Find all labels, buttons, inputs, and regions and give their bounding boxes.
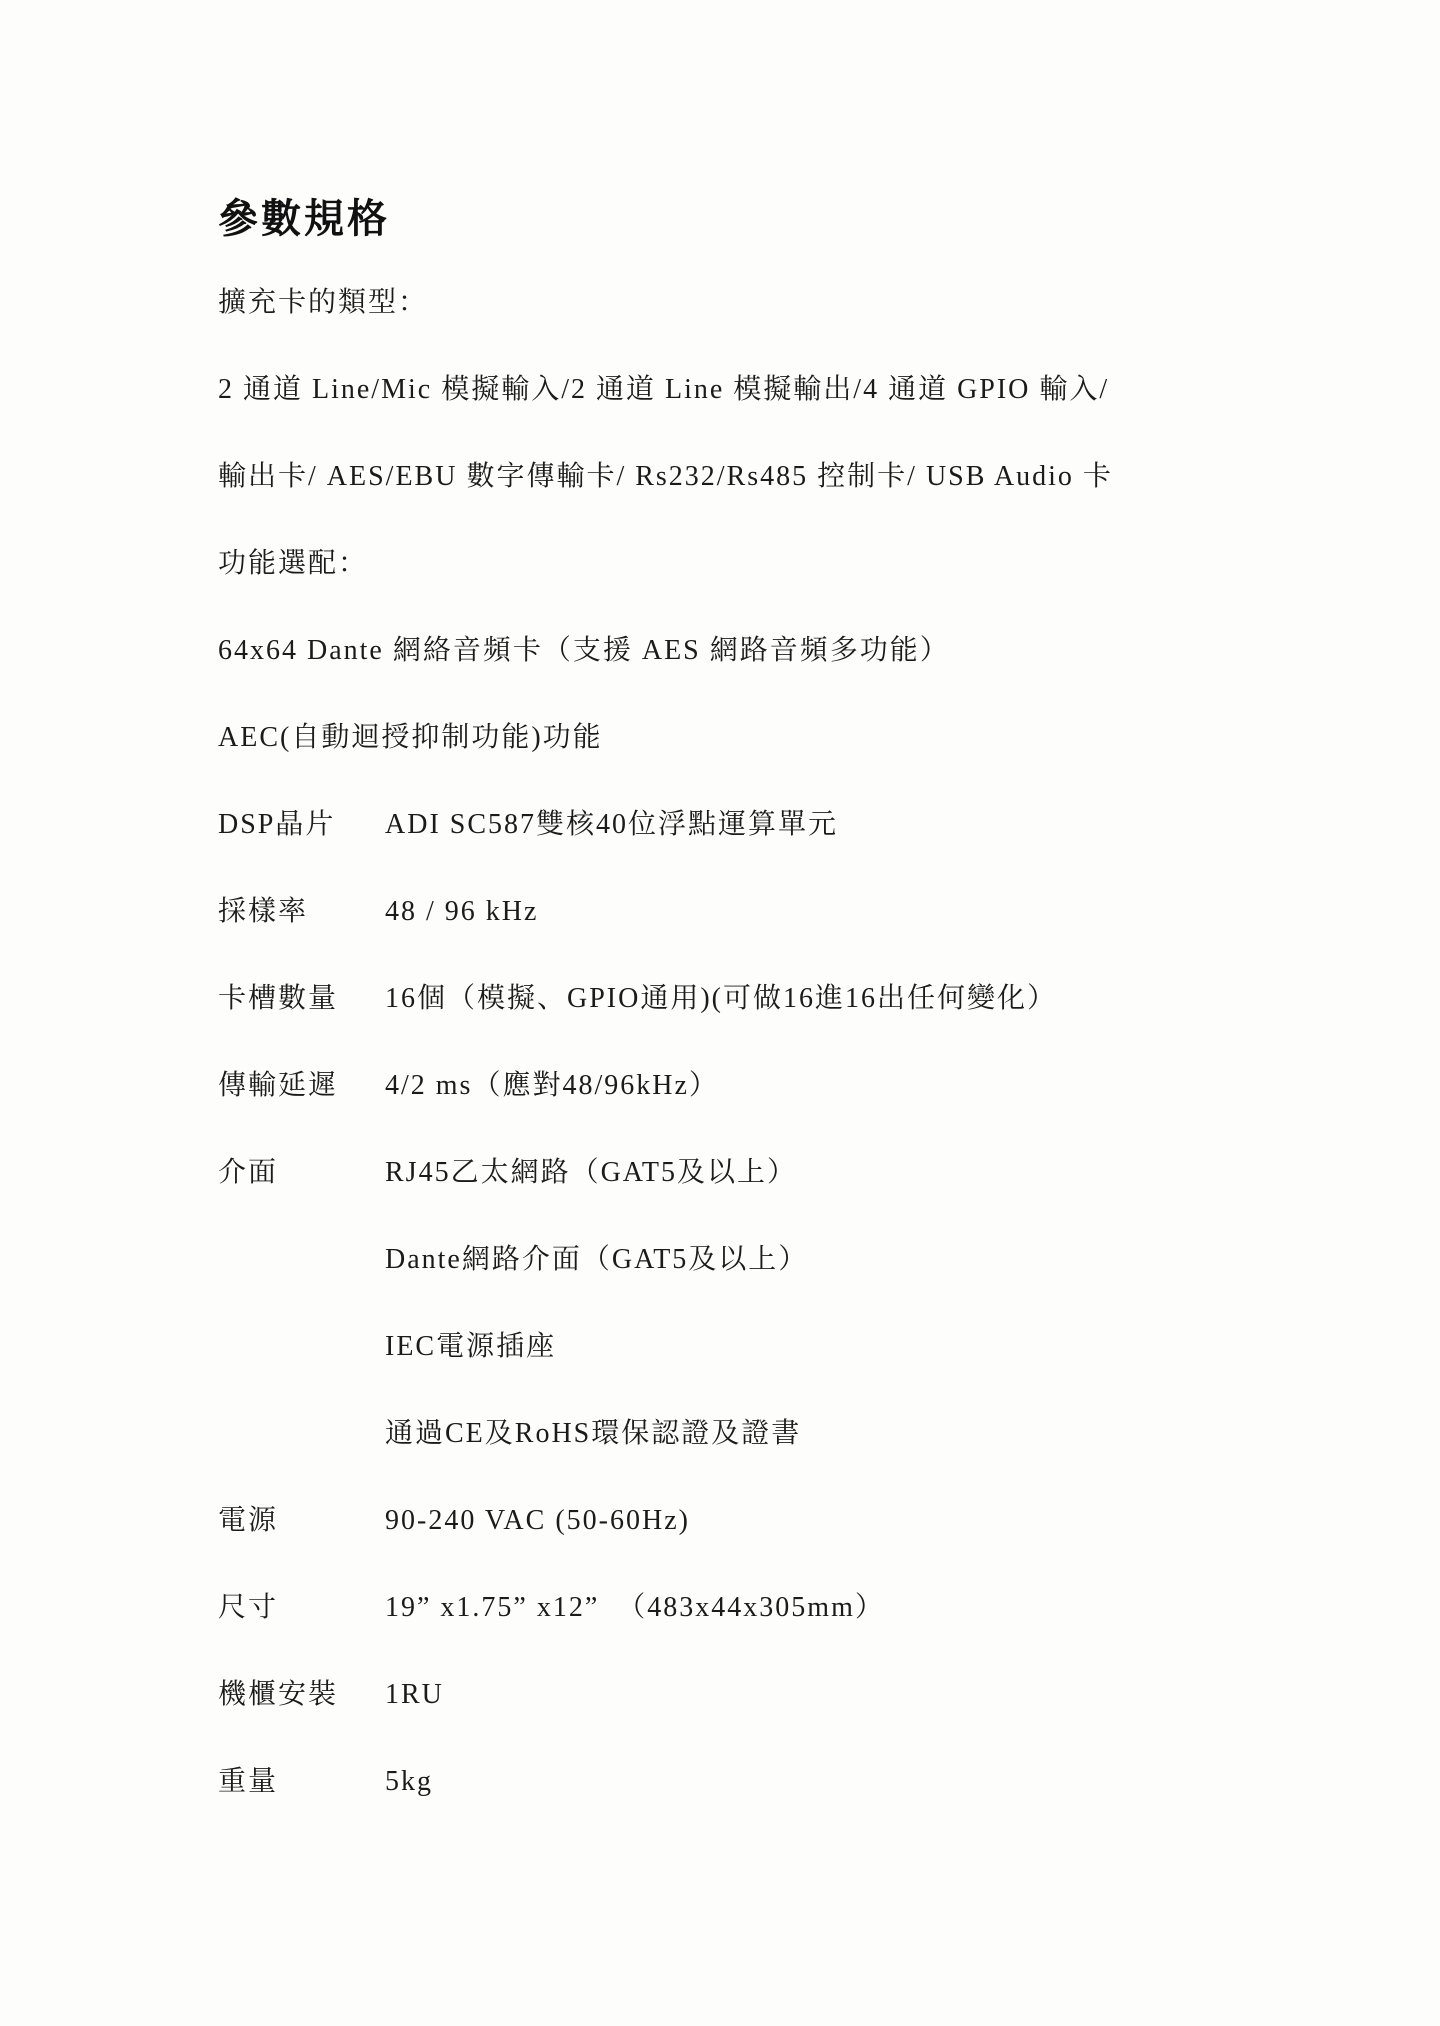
paragraph-line: 輸出卡/ AES/EBU 數字傳輸卡/ Rs232/Rs485 控制卡/ USB… (218, 433, 1380, 520)
paragraph-line: 64x64 Dante 網絡音頻卡（支援 AES 網路音頻多功能） (218, 607, 1380, 694)
spec-row: 傳輸延遲 4/2 ms（應對48/96kHz） (218, 1042, 1380, 1129)
paragraph-text: 功能選配： (218, 550, 368, 578)
spec-value: Dante網路介面（GAT5及以上） (385, 1246, 808, 1274)
spec-label: 卡槽數量 (218, 985, 385, 1013)
spec-value: ADI SC587雙核40位浮點運算單元 (385, 811, 838, 839)
page-title: 參數規格 (218, 187, 390, 244)
spec-value: 90-240 VAC (50-60Hz) (385, 1507, 690, 1535)
spec-continuation-row: 通過CE及RoHS環保認證及證書 (218, 1390, 1380, 1477)
title-row: 參數規格 (218, 172, 1380, 259)
paragraph-text: AEC(自動迴授抑制功能)功能 (218, 724, 603, 752)
paragraph-text: 輸出卡/ AES/EBU 數字傳輸卡/ Rs232/Rs485 控制卡/ USB… (218, 463, 1113, 491)
spec-row: 機櫃安裝 1RU (218, 1651, 1380, 1738)
spec-value: 5kg (385, 1768, 433, 1796)
spec-value: 16個（模擬、GPIO通用)(可做16進16出任何變化） (385, 985, 1057, 1013)
spec-value: 通過CE及RoHS環保認證及證書 (385, 1420, 801, 1448)
spec-value: IEC電源插座 (385, 1333, 556, 1361)
spec-label: 電源 (218, 1507, 385, 1535)
spec-label: 傳輸延遲 (218, 1072, 385, 1100)
spec-label: 介面 (218, 1159, 385, 1187)
spec-value: RJ45乙太網路（GAT5及以上） (385, 1159, 797, 1187)
spec-label: 採樣率 (218, 898, 385, 926)
spec-value: 4/2 ms（應對48/96kHz） (385, 1072, 719, 1100)
spec-row: DSP晶片 ADI SC587雙核40位浮點運算單元 (218, 781, 1380, 868)
document-page: 參數規格 擴充卡的類型： 2 通道 Line/Mic 模擬輸入/2 通道 Lin… (0, 0, 1440, 2026)
paragraph-line: 功能選配： (218, 520, 1380, 607)
spec-row: 採樣率 48 / 96 kHz (218, 868, 1380, 955)
spec-continuation-row: IEC電源插座 (218, 1303, 1380, 1390)
spec-label: 機櫃安裝 (218, 1681, 385, 1709)
spec-label: 重量 (218, 1768, 385, 1796)
paragraph-text: 64x64 Dante 網絡音頻卡（支援 AES 網路音頻多功能） (218, 637, 950, 665)
spec-row: 卡槽數量 16個（模擬、GPIO通用)(可做16進16出任何變化） (218, 955, 1380, 1042)
spec-value: 48 / 96 kHz (385, 898, 538, 926)
paragraph-line: 擴充卡的類型： (218, 259, 1380, 346)
paragraph-text: 2 通道 Line/Mic 模擬輸入/2 通道 Line 模擬輸出/4 通道 G… (218, 376, 1109, 404)
spec-label: DSP晶片 (218, 811, 385, 839)
spec-continuation-row: Dante網路介面（GAT5及以上） (218, 1216, 1380, 1303)
spec-label: 尺寸 (218, 1594, 385, 1622)
spec-value: 1RU (385, 1681, 444, 1709)
spec-row: 尺寸 19” x1.75” x12” （483x44x305mm） (218, 1564, 1380, 1651)
paragraph-text: 擴充卡的類型： (218, 289, 428, 317)
paragraph-line: 2 通道 Line/Mic 模擬輸入/2 通道 Line 模擬輸出/4 通道 G… (218, 346, 1380, 433)
spec-value: 19” x1.75” x12” （483x44x305mm） (385, 1594, 885, 1622)
spec-row: 介面 RJ45乙太網路（GAT5及以上） (218, 1129, 1380, 1216)
spec-row: 電源 90-240 VAC (50-60Hz) (218, 1477, 1380, 1564)
paragraph-line: AEC(自動迴授抑制功能)功能 (218, 694, 1380, 781)
spec-row: 重量 5kg (218, 1738, 1380, 1825)
